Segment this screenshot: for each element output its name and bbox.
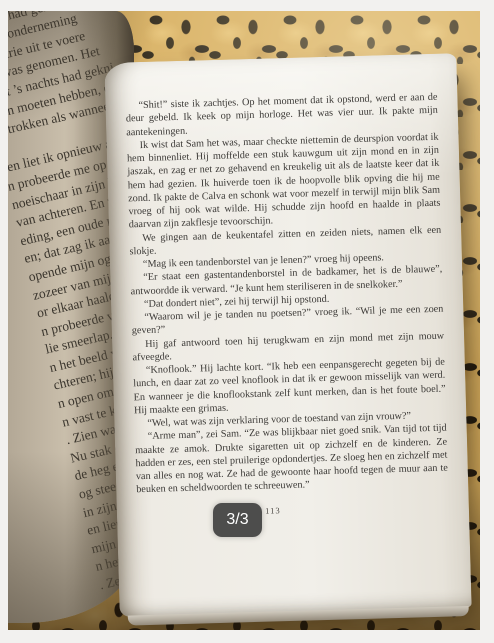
book-right-page: “Shit!” siste ik zachtjes. Op het moment… [104, 53, 471, 617]
page-number: 113 [117, 500, 429, 522]
listing-photo[interactable]: radictie. Als hij het gatsternis had gek… [8, 11, 480, 630]
gallery-photo-counter-badge: 3/3 [213, 503, 262, 537]
book-paragraph: “Knoflook.” Hij lachte kort. “Ik heb een… [133, 356, 446, 418]
right-page-text: “Shit!” siste ik zachtjes. Op het moment… [125, 91, 449, 521]
gallery-photo-counter-label: 3/3 [226, 511, 248, 529]
book-paragraph: “Arme man”, zei Sam. “Ze was blijkbaar n… [135, 422, 449, 497]
book-paragraph: Ik wist dat Sam het was, maar checkte ni… [126, 130, 440, 231]
photo-frame: radictie. Als hij het gatsternis had gek… [0, 0, 494, 643]
